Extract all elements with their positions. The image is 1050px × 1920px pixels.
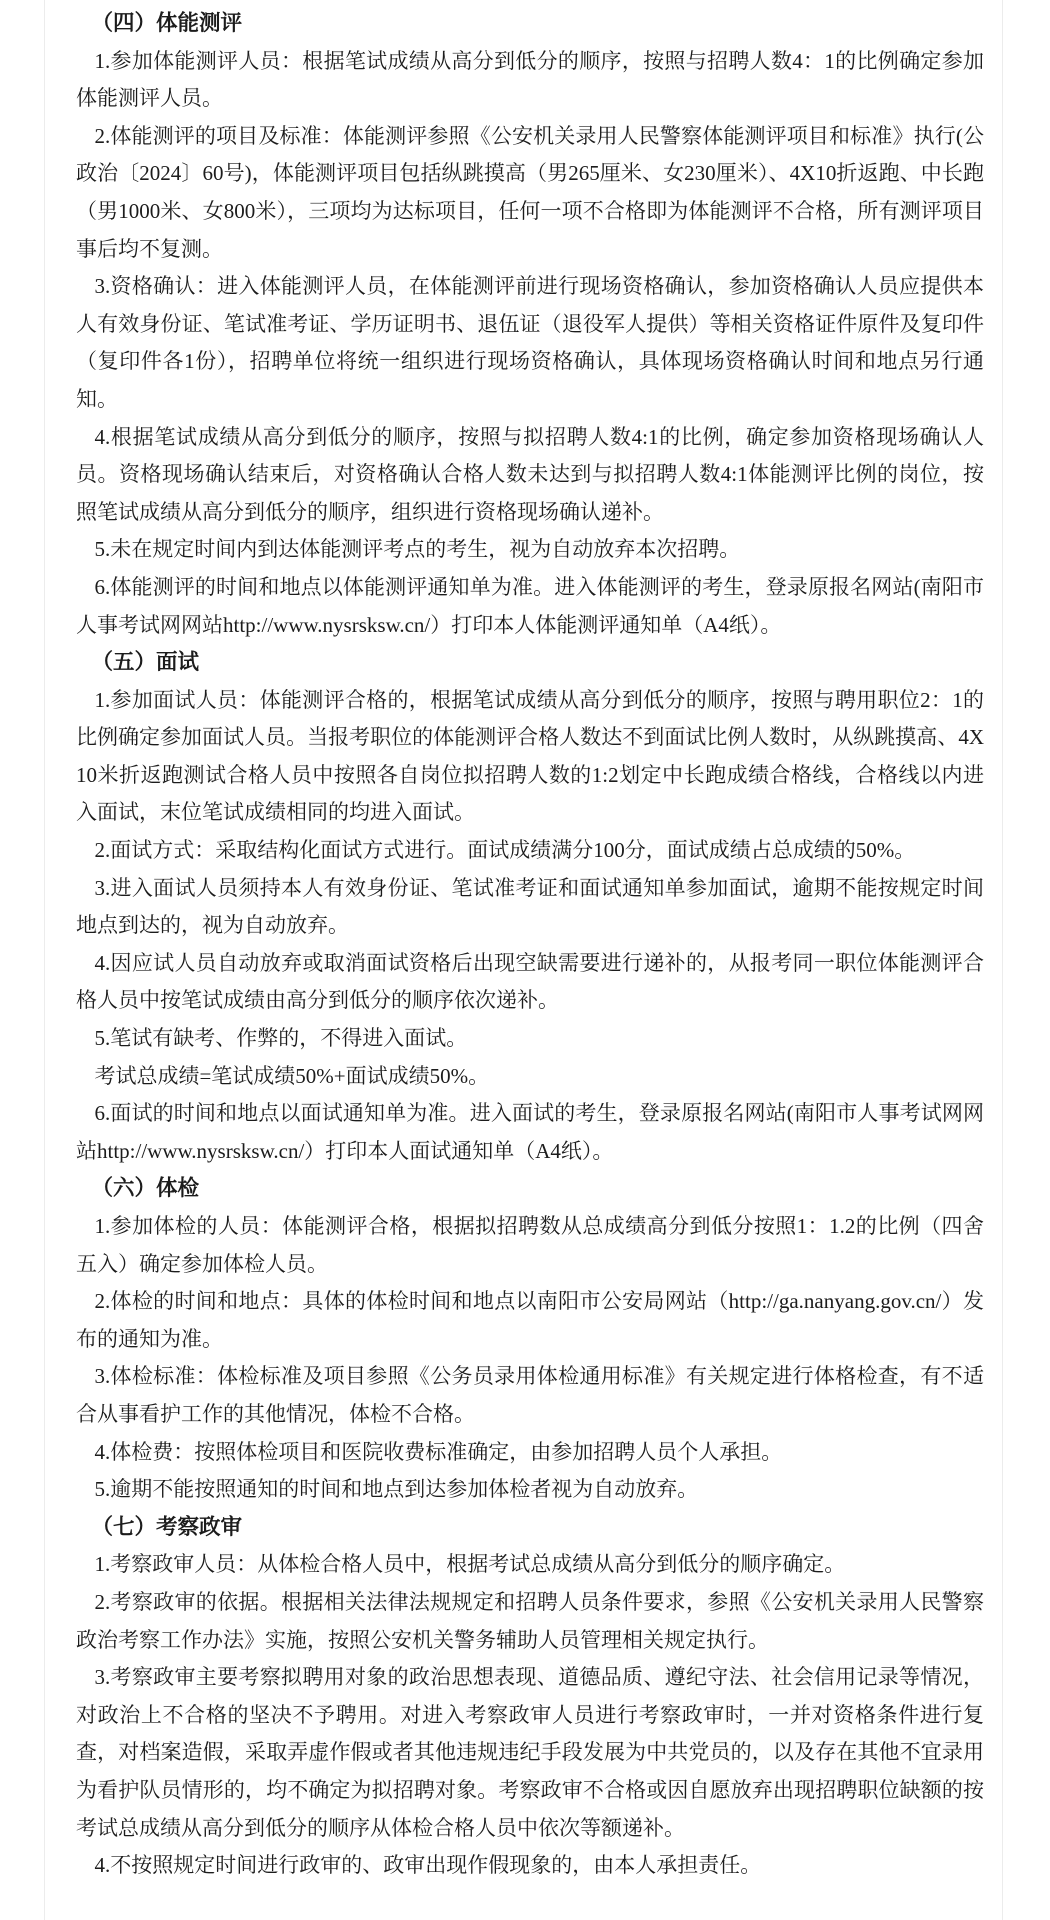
section-medical-exam: （六）体检 1.参加体检的人员：体能测评合格，根据拟招聘数从总成绩高分到低分按照… [76,1170,984,1508]
paragraph: 4.根据笔试成绩从高分到低分的顺序，按照与拟招聘人数4:1的比例，确定参加资格现… [76,419,984,532]
paragraph: 4.体检费：按照体检项目和医院收费标准确定，由参加招聘人员个人承担。 [76,1434,984,1472]
paragraph: 2.面试方式：采取结构化面试方式进行。面试成绩满分100分，面试成绩占总成绩的5… [76,832,984,870]
paragraph: 3.进入面试人员须持本人有效身份证、笔试准考证和面试通知单参加面试，逾期不能按规… [76,870,984,945]
section-7-heading: （七）考察政审 [76,1509,984,1547]
paragraph: 1.参加体检的人员：体能测评合格，根据拟招聘数从总成绩高分到低分按照1：1.2的… [76,1208,984,1283]
document-sheet: （四）体能测评 1.参加体能测评人员：根据笔试成绩从高分到低分的顺序，按照与招聘… [44,0,1003,1920]
section-5-heading: （五）面试 [76,644,984,682]
paragraph: 4.因应试人员自动放弃或取消面试资格后出现空缺需要进行递补的，从报考同一职位体能… [76,945,984,1020]
section-political-review: （七）考察政审 1.考察政审人员：从体检合格人员中，根据考试总成绩从高分到低分的… [76,1509,984,1885]
paragraph: 2.考察政审的依据。根据相关法律法规规定和招聘人员条件要求，参照《公安机关录用人… [76,1584,984,1659]
paragraph: 6.体能测评的时间和地点以体能测评通知单为准。进入体能测评的考生，登录原报名网站… [76,569,984,644]
paragraph: 2.体检的时间和地点：具体的体检时间和地点以南阳市公安局网站（http://ga… [76,1283,984,1358]
paragraph: 6.面试的时间和地点以面试通知单为准。进入面试的考生，登录原报名网站(南阳市人事… [76,1095,984,1170]
paragraph: 1.参加面试人员：体能测评合格的，根据笔试成绩从高分到低分的顺序，按照与聘用职位… [76,682,984,832]
paragraph: 2.体能测评的项目及标准：体能测评参照《公安机关录用人民警察体能测评项目和标准》… [76,118,984,268]
section-4-heading: （四）体能测评 [76,5,984,43]
paragraph: 5.未在规定时间内到达体能测评考点的考生，视为自动放弃本次招聘。 [76,531,984,569]
section-physical-test: （四）体能测评 1.参加体能测评人员：根据笔试成绩从高分到低分的顺序，按照与招聘… [76,5,984,644]
paragraph: 5.逾期不能按照通知的时间和地点到达参加体检者视为自动放弃。 [76,1471,984,1509]
paragraph: 5.笔试有缺考、作弊的，不得进入面试。 [76,1020,984,1058]
paragraph: 1.参加体能测评人员：根据笔试成绩从高分到低分的顺序，按照与招聘人数4：1的比例… [76,43,984,118]
paragraph: 3.资格确认：进入体能测评人员，在体能测评前进行现场资格确认，参加资格确认人员应… [76,268,984,418]
document-page: （四）体能测评 1.参加体能测评人员：根据笔试成绩从高分到低分的顺序，按照与招聘… [0,0,1050,1920]
paragraph: 3.考察政审主要考察拟聘用对象的政治思想表现、道德品质、遵纪守法、社会信用记录等… [76,1659,984,1847]
section-interview: （五）面试 1.参加面试人员：体能测评合格的，根据笔试成绩从高分到低分的顺序，按… [76,644,984,1170]
paragraph: 4.不按照规定时间进行政审的、政审出现作假现象的，由本人承担责任。 [76,1847,984,1885]
section-6-heading: （六）体检 [76,1170,984,1208]
paragraph: 1.考察政审人员：从体检合格人员中，根据考试总成绩从高分到低分的顺序确定。 [76,1546,984,1584]
score-formula: 考试总成绩=笔试成绩50%+面试成绩50%。 [76,1058,984,1096]
paragraph: 3.体检标准：体检标准及项目参照《公务员录用体检通用标准》有关规定进行体格检查，… [76,1358,984,1433]
